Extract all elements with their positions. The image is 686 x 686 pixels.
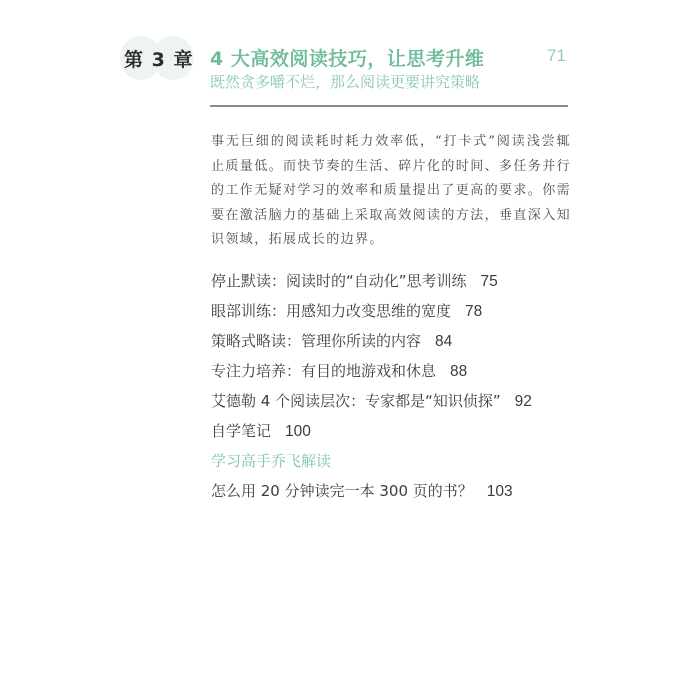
- toc-item[interactable]: 自学笔记100: [211, 420, 532, 450]
- chapter-title[interactable]: 4 大高效阅读技巧，让思考升维: [210, 44, 484, 71]
- divider-rule: [210, 105, 568, 107]
- toc-item-title: 自学笔记: [211, 422, 271, 440]
- toc-item[interactable]: 专注力培养：有目的地游戏和休息88: [211, 360, 532, 390]
- toc-item-title: 专注力培养：有目的地游戏和休息: [211, 362, 436, 380]
- toc-section-heading[interactable]: 学习高手乔飞解读: [211, 450, 532, 480]
- toc-item[interactable]: 眼部训练：用感知力改变思维的宽度78: [211, 300, 532, 330]
- toc-item-title: 停止默读：阅读时的“自动化”思考训练: [211, 272, 467, 290]
- toc-item[interactable]: 艾德勒 4 个阅读层次：专家都是“知识侦探”92: [211, 390, 532, 420]
- table-of-contents: 停止默读：阅读时的“自动化”思考训练75 眼部训练：用感知力改变思维的宽度78 …: [211, 270, 532, 510]
- toc-item[interactable]: 怎么用 20 分钟读完一本 300 页的书？103: [211, 480, 532, 510]
- toc-item-title: 眼部训练：用感知力改变思维的宽度: [211, 302, 451, 320]
- toc-item-page: 84: [435, 333, 452, 350]
- toc-item-page: 100: [285, 423, 311, 440]
- chapter-number-label: 第 3 章: [124, 45, 193, 72]
- toc-section-title: 学习高手乔飞解读: [211, 452, 331, 470]
- toc-item[interactable]: 策略式略读：管理你所读的内容84: [211, 330, 532, 360]
- toc-item-page: 103: [487, 483, 513, 500]
- toc-item-page: 88: [450, 363, 467, 380]
- toc-item-title: 怎么用 20 分钟读完一本 300 页的书？: [211, 482, 473, 500]
- chapter-subtitle: 既然贪多嚼不烂，那么阅读更要讲究策略: [210, 71, 480, 92]
- toc-item[interactable]: 停止默读：阅读时的“自动化”思考训练75: [211, 270, 532, 300]
- toc-item-title: 艾德勒 4 个阅读层次：专家都是“知识侦探”: [211, 392, 501, 410]
- toc-item-page: 78: [465, 303, 482, 320]
- toc-item-page: 92: [515, 393, 532, 410]
- toc-item-page: 75: [481, 273, 498, 290]
- chapter-page-number: 71: [547, 46, 566, 66]
- book-contents-page: 第 3 章 4 大高效阅读技巧，让思考升维 71 既然贪多嚼不烂，那么阅读更要讲…: [0, 0, 686, 686]
- chapter-intro-paragraph: 事无巨细的阅读耗时耗力效率低，“打卡式”阅读浅尝辄止质量低。而快节奏的生活、碎片…: [211, 130, 571, 253]
- toc-item-title: 策略式略读：管理你所读的内容: [211, 332, 421, 350]
- chapter-badge: 第 3 章: [118, 36, 194, 80]
